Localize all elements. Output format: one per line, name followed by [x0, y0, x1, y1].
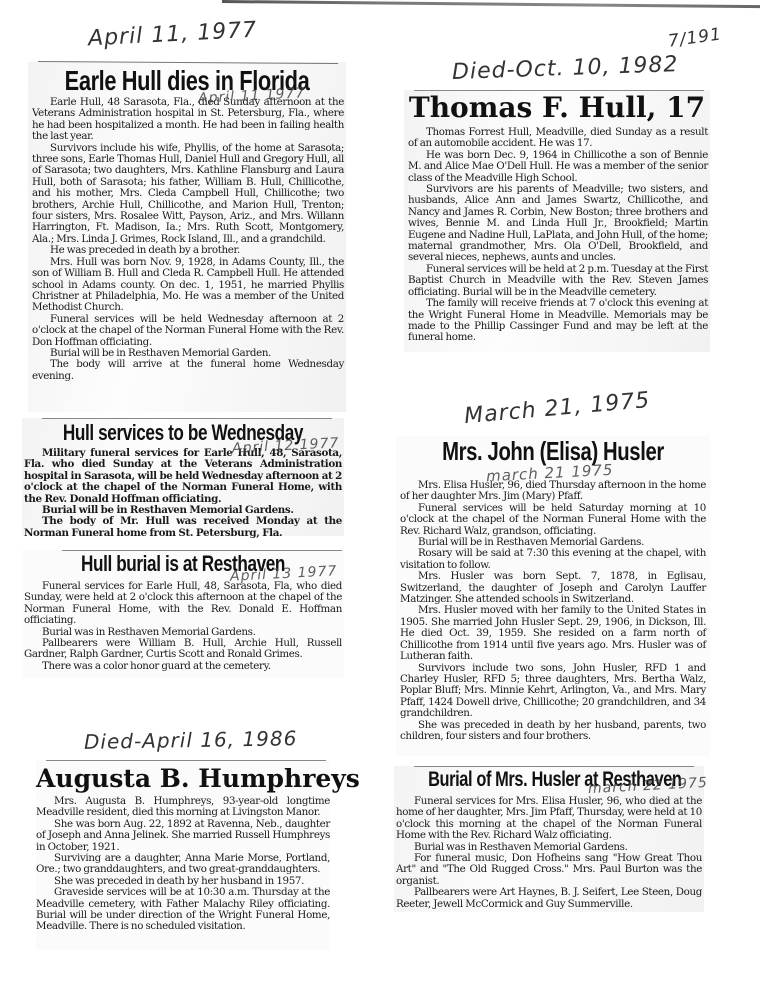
paragraph: Graveside services will be at 10:30 a.m.… — [36, 887, 330, 933]
paragraph: Survivors include two sons, John Husler,… — [400, 663, 706, 720]
handwritten-date-husler: March 21, 1975 — [463, 388, 651, 429]
clipping-augusta-humphreys: Augusta B. Humphreys Mrs. Augusta B. Hum… — [36, 760, 330, 950]
article-body: Military funeral services for Earle Hull… — [22, 446, 344, 539]
headline: Mrs. John (Elisa) Husler — [431, 436, 676, 466]
headline: Augusta B. Humphreys — [36, 763, 330, 795]
paragraph: Mrs. Elisa Husler, 96, died Thursday aft… — [400, 480, 706, 503]
article-body: Mrs. Augusta B. Humphreys, 93-year-old l… — [36, 795, 330, 933]
paragraph: Funeral services will be held Saturday m… — [400, 503, 706, 537]
handwritten-date-humphreys: Died-April 16, 1986 — [84, 726, 298, 754]
clip-top-rule — [38, 61, 338, 64]
clip-top-rule — [414, 766, 694, 767]
clipping-earle-hull: Earle Hull dies in Florida Earle Hull, 4… — [28, 62, 346, 412]
article-body: Earle Hull, 48 Sarasota, Fla., died Sund… — [28, 97, 346, 382]
paragraph: The body of Mr. Hull was received Monday… — [24, 516, 342, 539]
paragraph: Survivors are his parents of Meadville; … — [408, 184, 708, 264]
clipping-elisa-husler: Mrs. John (Elisa) Husler Mrs. Elisa Husl… — [396, 436, 710, 756]
paragraph: Mrs. Hull was born Nov. 9, 1928, in Adam… — [32, 257, 344, 314]
paragraph: Pallbearers were Art Haynes, B. J. Seife… — [396, 887, 702, 910]
paragraph: She was born Aug. 22, 1892 at Ravenna, N… — [36, 819, 330, 853]
paragraph: He was born Dec. 9, 1964 in Chillicothe … — [408, 150, 708, 184]
scan-edge-shadow — [222, 0, 760, 8]
paragraph: The family will receive friends at 7 o'c… — [408, 298, 708, 344]
paragraph: There was a color honor guard at the cem… — [24, 661, 342, 672]
article-body: Funeral services for Earle Hull, 48, Sar… — [22, 577, 344, 672]
handwritten-date-earle: April 11, 1977 — [87, 18, 257, 52]
paragraph: Mrs. Husler was born Sept. 7, 1878, in E… — [400, 571, 706, 605]
article-body: Thomas Forrest Hull, Meadville, died Sun… — [404, 125, 710, 344]
paragraph: Mrs. Husler moved with her family to the… — [400, 605, 706, 662]
corner-note: 7/191 — [667, 24, 723, 51]
paragraph: Surviving are a daughter, Anna Marie Mor… — [36, 853, 330, 876]
clipping-hull-services: Hull services to be Wednesday Military f… — [22, 418, 344, 536]
paragraph: Rosary will be said at 7:30 this evening… — [400, 548, 706, 571]
headline: Thomas F. Hull, 17 — [404, 91, 710, 125]
paragraph: Survivors include his wife, Phyllis, of … — [32, 143, 344, 246]
paragraph: Funeral services for Earle Hull, 48, Sar… — [24, 581, 342, 627]
article-body: Funeral services for Mrs. Elisa Husler, … — [394, 792, 704, 910]
handwritten-date-thomas: Died-Oct. 10, 1982 — [452, 52, 679, 85]
paragraph: The body will arrive at the funeral home… — [32, 359, 344, 382]
article-body: Mrs. Elisa Husler, 96, died Thursday aft… — [396, 466, 710, 742]
paragraph: Funeral services will be held Wednesday … — [32, 314, 344, 348]
paragraph: She was preceded in death by her husband… — [400, 720, 706, 743]
paragraph: Funeral services will be held at 2 p.m. … — [408, 264, 708, 298]
clip-top-rule — [42, 418, 332, 419]
paragraph: Earle Hull, 48 Sarasota, Fla., died Sund… — [32, 97, 344, 143]
clip-top-rule — [46, 760, 326, 761]
paragraph: Mrs. Augusta B. Humphreys, 93-year-old l… — [36, 796, 330, 819]
paragraph: For funeral music, Don Hofheins sang "Ho… — [396, 853, 702, 887]
paragraph: Pallbearers were William B. Hull, Archie… — [24, 638, 342, 661]
paragraph: Funeral services for Mrs. Elisa Husler, … — [396, 796, 702, 842]
paragraph: Thomas Forrest Hull, Meadville, died Sun… — [408, 127, 708, 150]
paragraph: Military funeral services for Earle Hull… — [24, 448, 342, 505]
paragraph: He was preceded in death by a brother. — [32, 245, 344, 256]
clipping-thomas-hull: Thomas F. Hull, 17 Thomas Forrest Hull, … — [404, 90, 710, 352]
